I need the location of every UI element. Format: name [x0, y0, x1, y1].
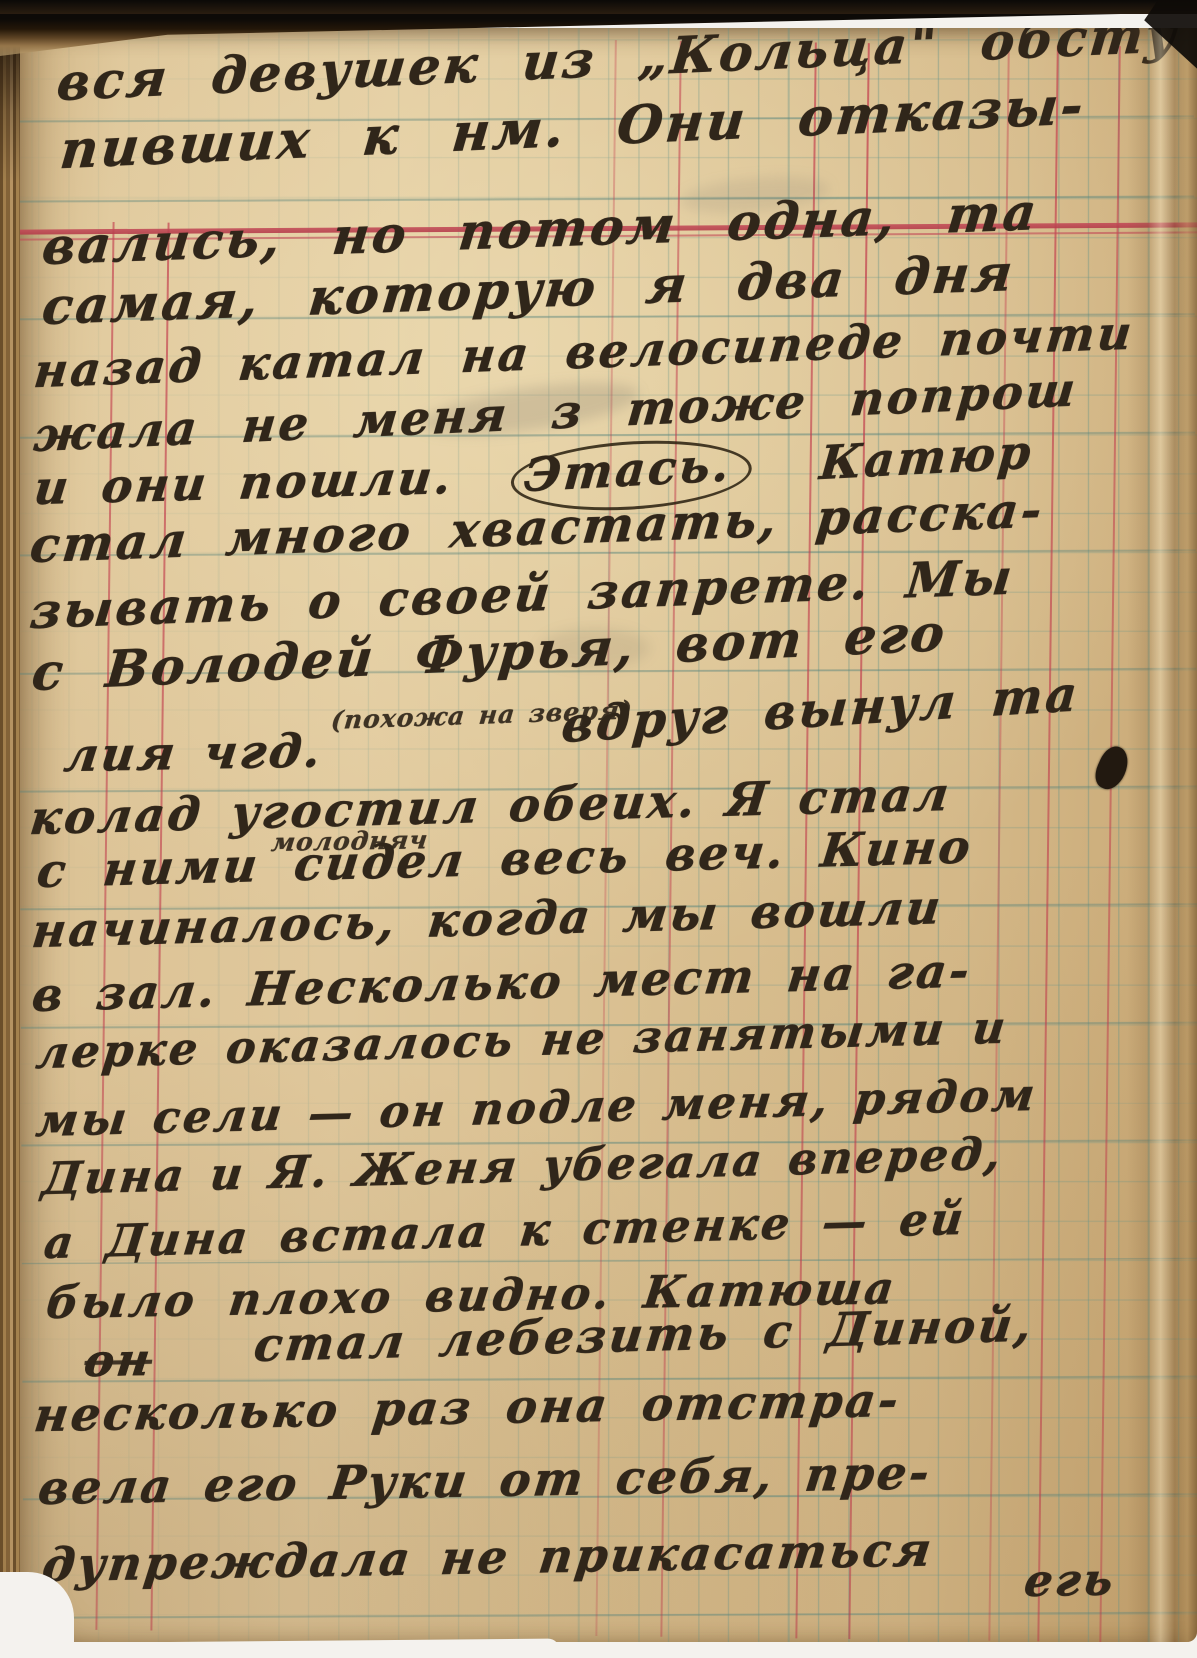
- handwriting-line: лия чгд.: [62, 727, 326, 778]
- right-edge-crease: [1127, 28, 1197, 1642]
- notebook-page: вся девушек из „Кольца" обступивших к нм…: [20, 28, 1197, 1642]
- handwriting-line: дупреждала не прикасаться: [40, 1526, 937, 1588]
- handwriting-line: егь: [1022, 1558, 1118, 1604]
- handwriting-line: вела его Руки от себя, пре-: [36, 1449, 935, 1511]
- handwriting-line: и они пошли.: [32, 454, 456, 511]
- handwriting-line: Катюр: [818, 429, 1035, 486]
- scan-top-edge-strip: [0, 0, 1197, 14]
- handwriting-line: Дина и Я. Женя убегала вперед,: [40, 1133, 1006, 1202]
- scanned-notebook-page: вся девушек из „Кольца" обступивших к нм…: [0, 0, 1197, 1658]
- handwriting-layer: вся девушек из „Кольца" обступивших к нм…: [20, 28, 1197, 1642]
- handwriting-line: несколько раз она отстра-: [32, 1377, 903, 1438]
- handwriting-line: вдруг вынул та: [560, 670, 1082, 750]
- handwriting-line: он: [82, 1339, 155, 1384]
- handwriting-line: а Дина встала к стенке — ей: [42, 1198, 968, 1266]
